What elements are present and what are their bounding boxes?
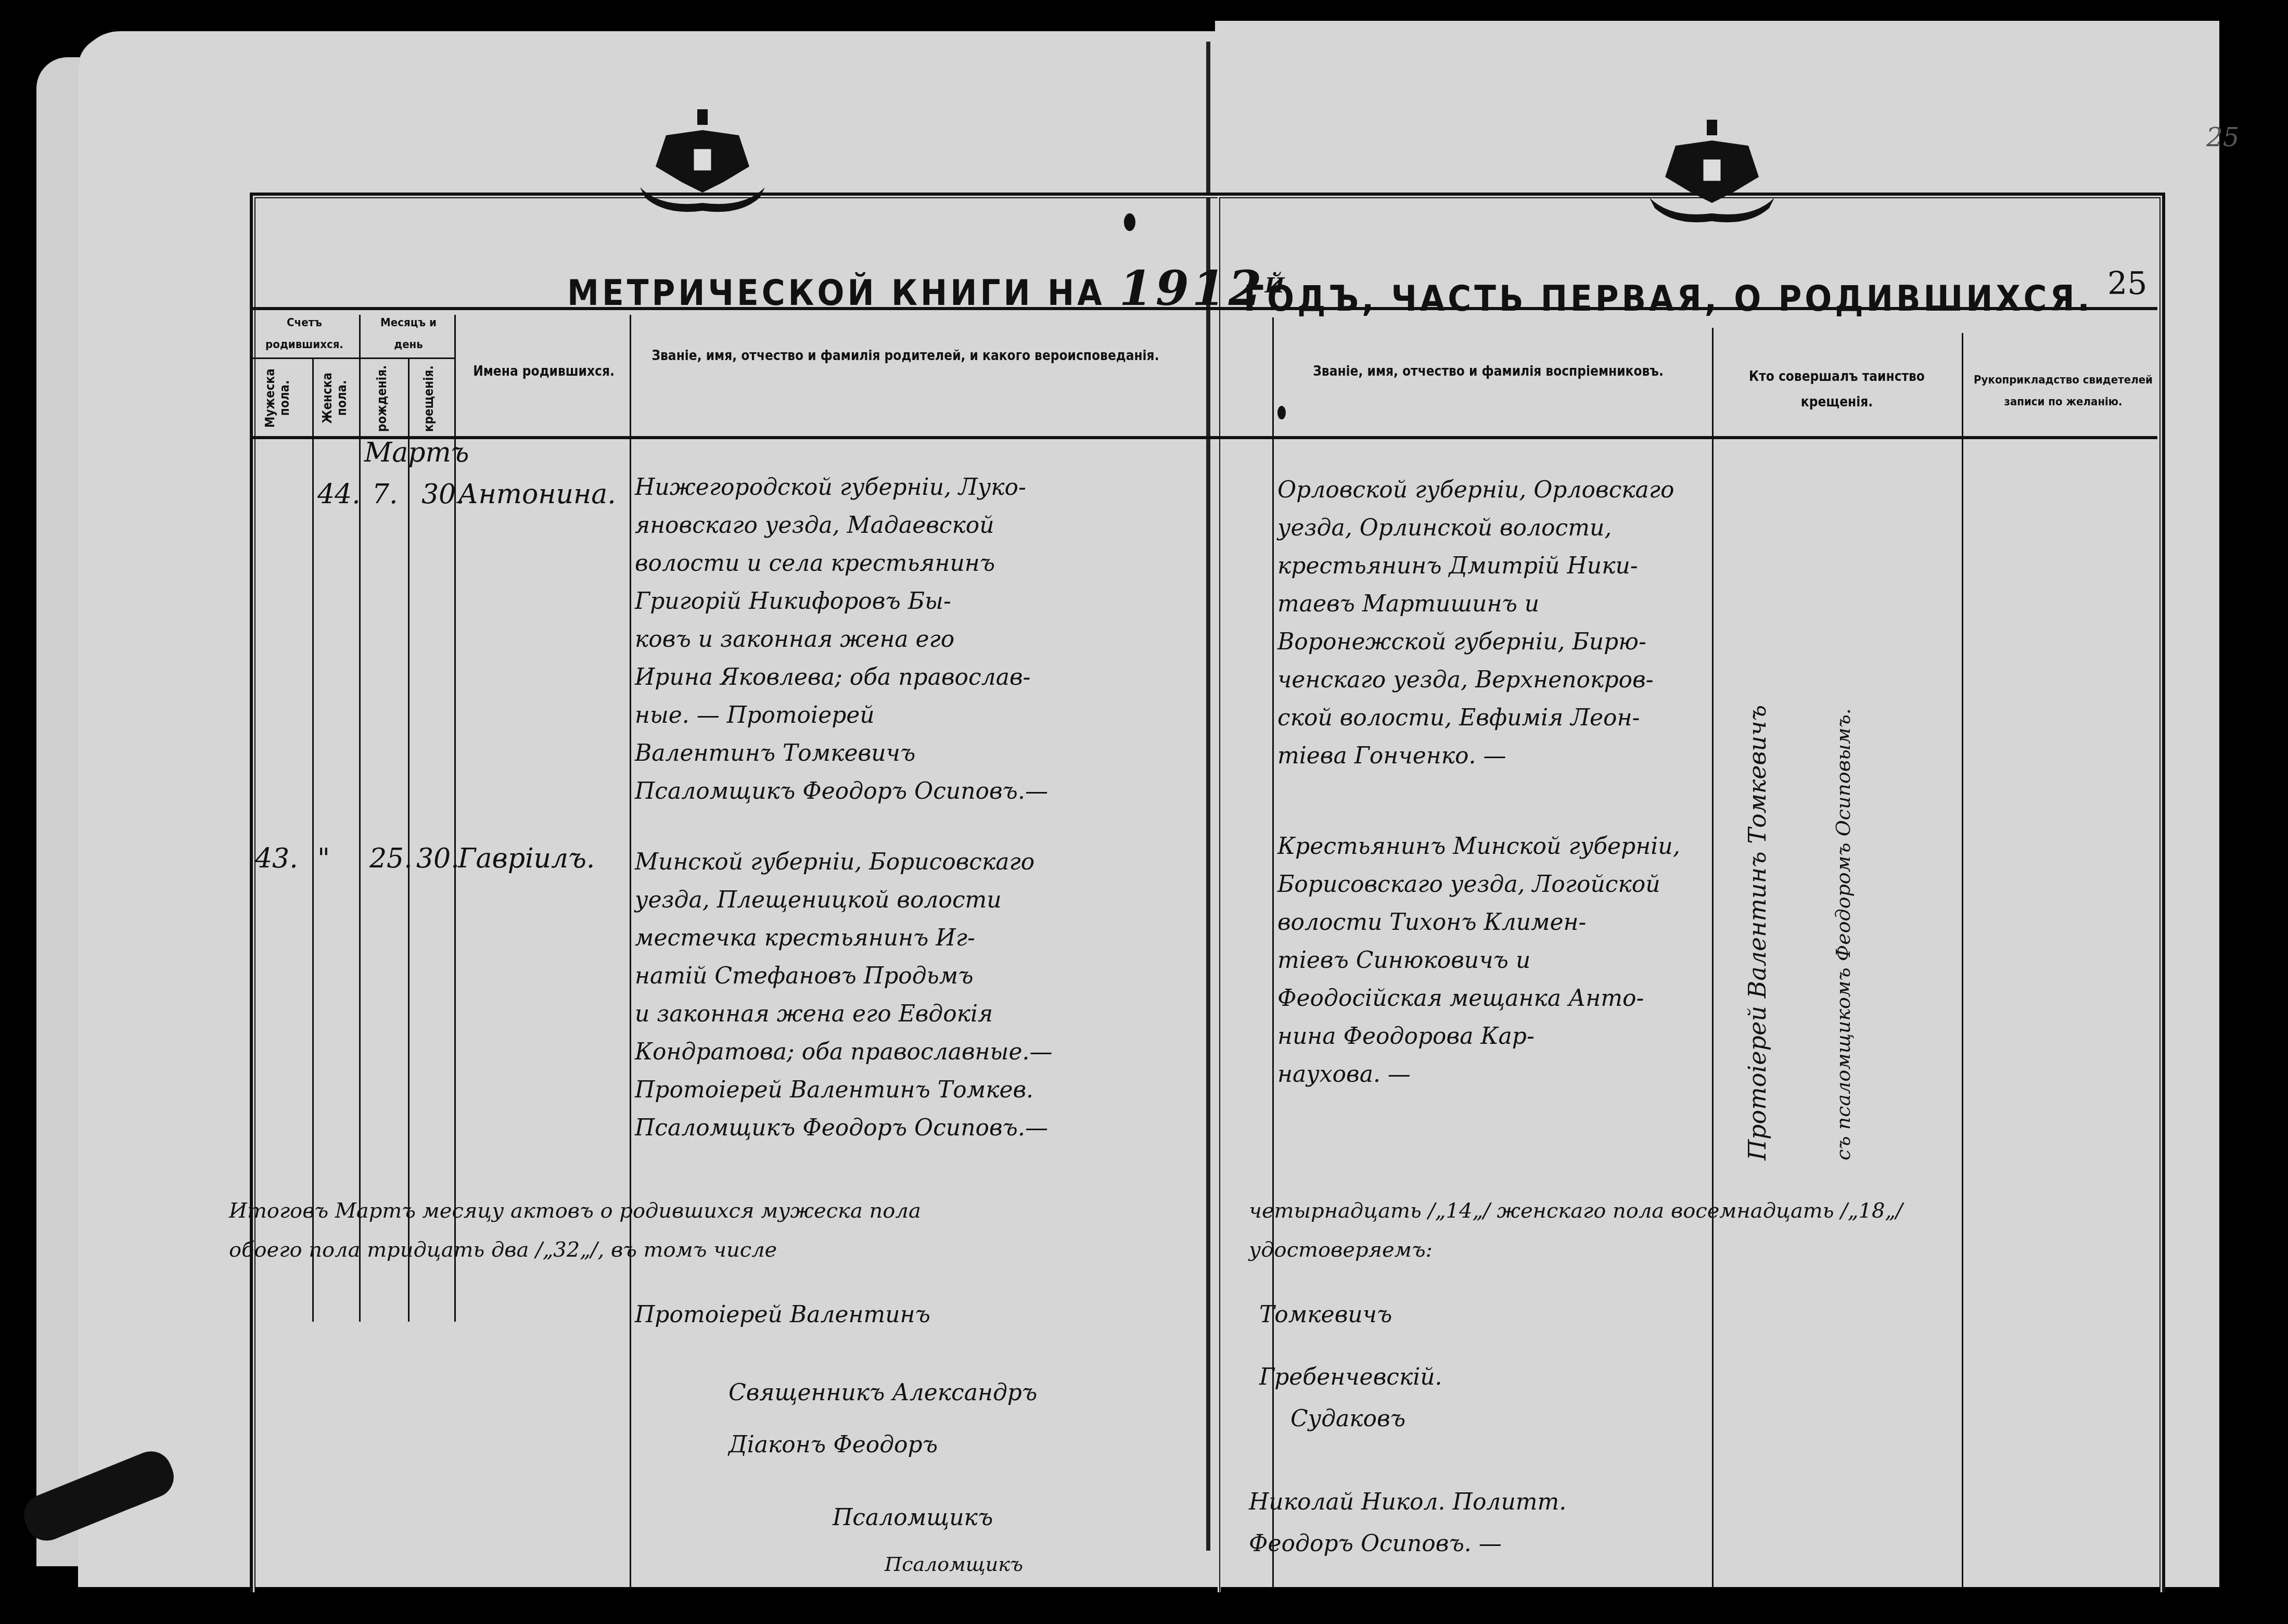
imperial-eagle-emblem-left: [630, 104, 775, 219]
header-parents: Званіе, имя, отчество и фамилія родителе…: [645, 343, 1166, 369]
entry-birth-day: 7.: [372, 479, 398, 510]
entry-birth-day: 25.: [369, 843, 413, 874]
entry-baptism-day: 30.: [416, 843, 459, 874]
header-performer: Кто совершалъ таинство крещенія.: [1717, 364, 1957, 416]
ink-blot: [1277, 406, 1286, 419]
entry-child-name: Антонина.: [458, 479, 616, 510]
col-divider: [408, 359, 410, 1322]
signature-right-2: Гребенчевскій.: [1259, 1358, 1442, 1396]
signature-right-3: Судаковъ: [1290, 1400, 1405, 1438]
header-names: Имена родившихся.: [458, 359, 630, 385]
summary-left: Итоговъ Мартъ месяцу актовъ о родившихся…: [229, 1192, 1218, 1270]
signature-left-3: Діаконъ Феодоръ: [728, 1426, 938, 1464]
col-divider: [1712, 328, 1714, 1587]
month-label: Мартъ: [364, 437, 469, 468]
header-baptism: крещенія.: [421, 375, 436, 432]
performer-line-1: Протоіерей Валентинъ Томкевичъ: [1743, 458, 1771, 1160]
header-godparents: Званіе, имя, отчество и фамилія воспріем…: [1301, 359, 1676, 385]
entry-child-name: Гавріилъ.: [458, 843, 595, 874]
header-birth-count: Счетъ родившихся.: [255, 312, 354, 356]
col-divider: [1962, 333, 1963, 1587]
page-number-printed: 25: [2107, 265, 2147, 302]
entry-parents: Минской губерніи, Борисовскаго уезда, Пл…: [635, 843, 1207, 1147]
signature-left-4: Псаломщикъ: [833, 1499, 993, 1537]
entry-godparents: Орловской губерніи, Орловскаго уезда, Ор…: [1277, 471, 1709, 775]
col-divider: [359, 315, 361, 1322]
signature-left-1: Протоіерей Валентинъ: [635, 1296, 930, 1334]
header-top-rule: [253, 307, 2157, 310]
entry-parents: Нижегородской губерніи, Луко- яновскаго …: [635, 468, 1207, 810]
signature-left-5: Псаломщикъ: [885, 1545, 1023, 1583]
signature-right-4: Николай Никол. Политт.: [1249, 1483, 1566, 1521]
col-divider: [1272, 317, 1274, 1587]
signature-left-2: Священникъ Александръ: [728, 1374, 1037, 1412]
col-divider: [312, 359, 314, 1322]
entry-female-no: ": [317, 843, 330, 874]
header-female: Женска пола.: [320, 364, 349, 432]
imperial-eagle-emblem-right: [1639, 114, 1785, 229]
header-birth: рожденія.: [375, 375, 389, 432]
page-number-pencil: 25: [2206, 122, 2240, 152]
entry-godparents: Крестьянинъ Минской губерніи, Борисовска…: [1277, 827, 1709, 1093]
subheader-rule: [253, 357, 456, 359]
summary-right: четырнадцать /„14„/ женскаго пола восемн…: [1249, 1192, 2185, 1270]
scan-bottom-shadow: [0, 1592, 2288, 1624]
header-month-day: Месяцъ и день: [364, 312, 453, 356]
header-witnesses: Рукоприкладство свидетелей записи по жел…: [1964, 369, 2162, 413]
ink-blot: [1124, 213, 1135, 231]
signature-right-1: Томкевичъ: [1259, 1296, 1392, 1334]
entry-male-no: 43.: [255, 843, 298, 874]
signature-right-5: Феодоръ Осиповъ. —: [1249, 1525, 1502, 1563]
performer-line-2: съ псаломщикомъ Феодоромъ Осиповымъ.: [1832, 458, 1855, 1160]
title-right: годъ, часть первая, о родившихся.: [1244, 278, 2093, 319]
entry-female-no: 44.: [317, 479, 361, 510]
header-bottom-rule: [253, 436, 2157, 439]
col-divider: [630, 315, 631, 1590]
header-male: Мужеска пола.: [263, 364, 292, 432]
